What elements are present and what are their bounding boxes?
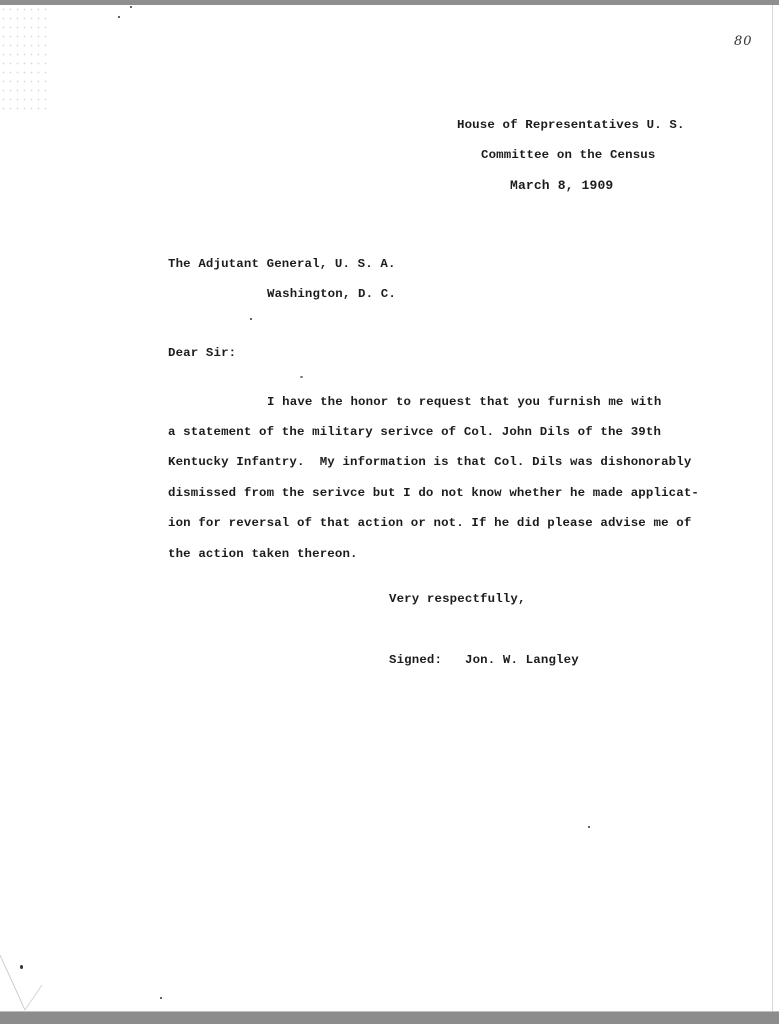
- body-line: ion for reversal of that action or not. …: [168, 516, 691, 530]
- body-line: the action taken thereon.: [168, 547, 358, 561]
- salutation: Dear Sir:: [168, 346, 236, 360]
- closing: Very respectfully,: [389, 592, 526, 606]
- scan-speck: [300, 376, 303, 378]
- scan-speck: [588, 826, 590, 828]
- scan-speck: [118, 16, 120, 18]
- letterhead-organization: House of Representatives U. S.: [457, 118, 685, 132]
- signature-label: Signed:: [389, 653, 442, 667]
- document-page: [0, 5, 772, 1011]
- body-line: Kentucky Infantry. My information is tha…: [168, 455, 691, 469]
- scan-speck: [250, 318, 252, 320]
- scan-speck: [130, 6, 132, 8]
- addressee-location: Washington, D. C.: [267, 287, 396, 301]
- body-line: dismissed from the serivce but I do not …: [168, 486, 699, 500]
- corner-fold-mark: [0, 955, 45, 1011]
- body-line: I have the honor to request that you fur…: [267, 395, 661, 409]
- body-line: a statement of the military serivce of C…: [168, 425, 661, 439]
- addressee-name: The Adjutant General, U. S. A.: [168, 257, 396, 271]
- page-right-edge: [772, 5, 773, 1011]
- viewer-bottom-bar: [0, 1011, 779, 1024]
- letterhead-committee: Committee on the Census: [481, 148, 655, 162]
- scan-speck: [160, 997, 162, 999]
- scan-noise: [0, 5, 50, 115]
- page-number: 80: [734, 34, 753, 49]
- signature-name: Jon. W. Langley: [465, 653, 579, 667]
- letter-date: March 8, 1909: [510, 178, 613, 193]
